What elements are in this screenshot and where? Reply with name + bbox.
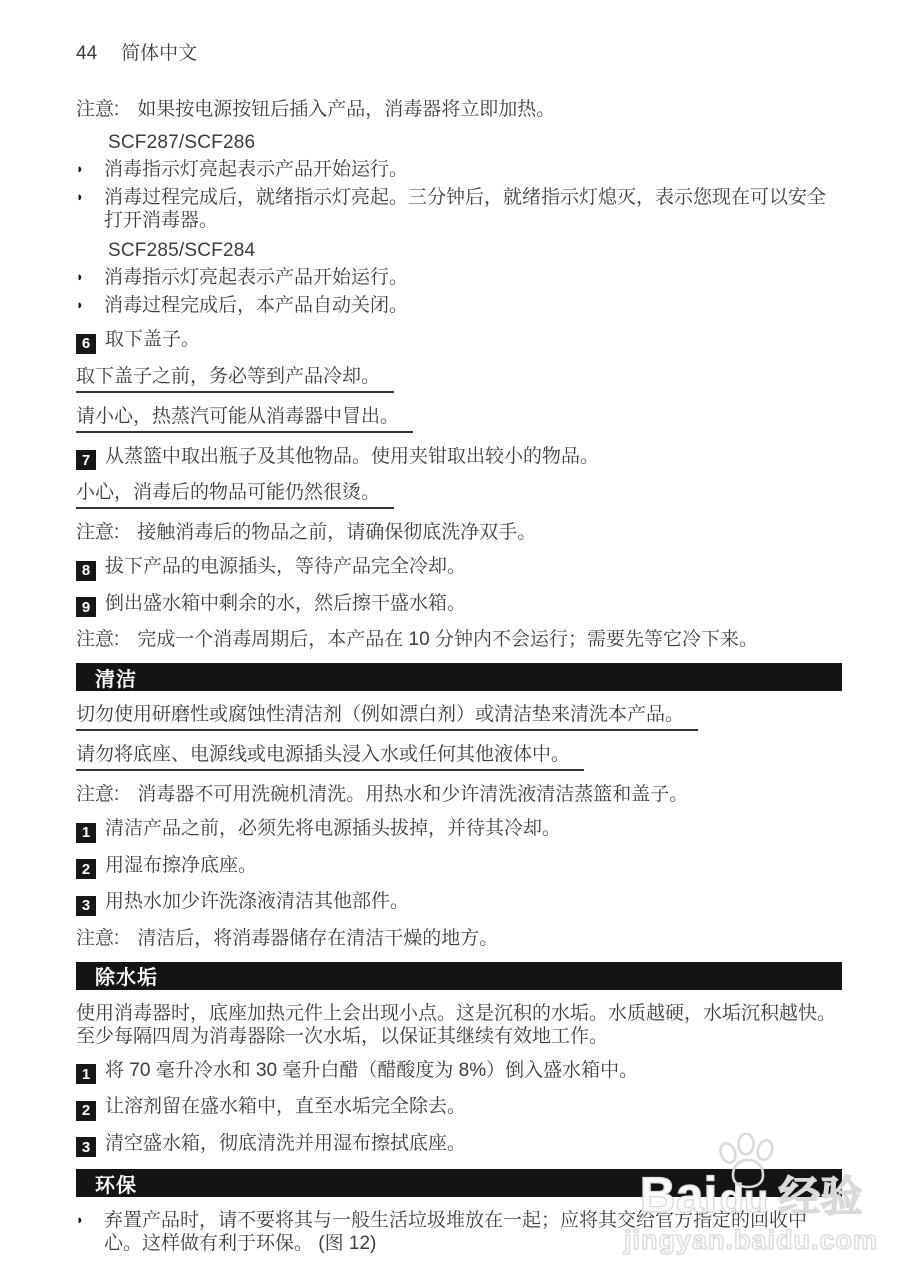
note: 注意:完成一个消毒周期后，本产品在 10 分钟内不会运行；需要先等它冷下来。 xyxy=(76,628,842,651)
list-item: ◗ 消毒指示灯亮起表示产品开始运行。 xyxy=(76,158,842,181)
language-label: 简体中文 xyxy=(121,43,197,64)
step: 1将 70 毫升冷水和 30 毫升白醋（醋酸度为 8%）倒入盛水箱中。 xyxy=(76,1059,842,1085)
step: 9倒出盛水箱中剩余的水，然后擦干盛水箱。 xyxy=(76,592,842,618)
warning: 请勿将底座、电源线或电源插头浸入水或任何其他液体中。 xyxy=(76,743,842,771)
note-text: 清洁后，将消毒器储存在清洁干燥的地方。 xyxy=(137,928,498,949)
warning-text: 切勿使用研磨性或腐蚀性清洁剂（例如漂白剂）或清洁垫来清洗本产品。 xyxy=(76,703,698,731)
step-text: 从蒸篮中取出瓶子及其他物品。使用夹钳取出较小的物品。 xyxy=(105,446,599,467)
bullet-text: 消毒指示灯亮起表示产品开始运行。 xyxy=(104,158,842,181)
bullet-icon: ◗ xyxy=(76,1209,104,1255)
step: 2让溶剂留在盛水箱中，直至水垢完全除去。 xyxy=(76,1095,842,1121)
warning: 切勿使用研磨性或腐蚀性清洁剂（例如漂白剂）或清洁垫来清洗本产品。 xyxy=(76,703,842,731)
note-label: 注意: xyxy=(76,522,119,543)
model-header: SCF287/SCF286 xyxy=(76,131,842,154)
warning: 请小心，热蒸汽可能从消毒器中冒出。 xyxy=(76,405,842,433)
bullet-text: 消毒过程完成后，本产品自动关闭。 xyxy=(104,294,842,317)
step-text: 让溶剂留在盛水箱中，直至水垢完全除去。 xyxy=(105,1096,466,1117)
bullet-text: 消毒指示灯亮起表示产品开始运行。 xyxy=(104,266,842,289)
paragraph: 使用消毒器时，底座加热元件上会出现小点。这是沉积的水垢。水质越硬，水垢沉积越快。… xyxy=(76,1002,842,1048)
warning-text: 请小心，热蒸汽可能从消毒器中冒出。 xyxy=(76,405,413,433)
note-text: 完成一个消毒周期后，本产品在 10 分钟内不会运行；需要先等它冷下来。 xyxy=(137,629,758,650)
list-item: ◗ 消毒过程完成后，就绪指示灯亮起。三分钟后，就绪指示灯熄灭，表示您现在可以安全… xyxy=(76,186,842,232)
note: 注意:清洁后，将消毒器储存在清洁干燥的地方。 xyxy=(76,927,842,950)
section-title: 环保 xyxy=(95,1169,137,1198)
step-text: 取下盖子。 xyxy=(105,329,200,350)
warning-text: 小心，消毒后的物品可能仍然很烫。 xyxy=(76,481,394,509)
bullet-icon: ◗ xyxy=(76,158,104,181)
note-label: 注意: xyxy=(76,928,119,949)
section-header-descaling: 除水垢 xyxy=(76,962,842,990)
watermark-brand-bai: Bai xyxy=(640,1172,718,1220)
warning-text: 取下盖子之前，务必等到产品冷却。 xyxy=(76,365,394,393)
list-item: ◗ 消毒过程完成后，本产品自动关闭。 xyxy=(76,294,842,317)
step: 3用热水加少许洗涤液清洁其他部件。 xyxy=(76,890,842,916)
watermark-brand-cn: 经验 xyxy=(778,1175,862,1219)
note: 注意:接触消毒后的物品之前，请确保彻底洗净双手。 xyxy=(76,521,842,544)
bullet-icon: ◗ xyxy=(76,186,104,232)
step-number-badge: 2 xyxy=(76,1101,96,1121)
section-title: 除水垢 xyxy=(95,961,158,990)
page-header: 44简体中文 xyxy=(76,42,842,66)
step-number-badge: 2 xyxy=(76,859,96,879)
section-header-cleaning: 清洁 xyxy=(76,663,842,691)
bullet-icon: ◗ xyxy=(76,294,104,317)
step: 7从蒸篮中取出瓶子及其他物品。使用夹钳取出较小的物品。 xyxy=(76,445,842,471)
step: 2用湿布擦净底座。 xyxy=(76,854,842,880)
step-number-badge: 1 xyxy=(76,823,96,843)
baidu-jingyan-watermark: Bai du 经验 jingyan.baidu.com xyxy=(606,1141,896,1256)
step-number-badge: 3 xyxy=(76,1137,96,1157)
step-number-badge: 1 xyxy=(76,1064,96,1084)
warning: 取下盖子之前，务必等到产品冷却。 xyxy=(76,365,842,393)
step-number-badge: 9 xyxy=(76,597,96,617)
step-number-badge: 8 xyxy=(76,561,96,581)
step-text: 用湿布擦净底座。 xyxy=(105,855,257,876)
step: 8拔下产品的电源插头，等待产品完全冷却。 xyxy=(76,555,842,581)
step-text: 用热水加少许洗涤液清洁其他部件。 xyxy=(105,891,409,912)
list-item: ◗ 消毒指示灯亮起表示产品开始运行。 xyxy=(76,266,842,289)
model-header: SCF285/SCF284 xyxy=(76,239,842,262)
step-number-badge: 7 xyxy=(76,450,96,470)
bullet-text: 消毒过程完成后，就绪指示灯亮起。三分钟后，就绪指示灯熄灭，表示您现在可以安全打开… xyxy=(104,186,842,232)
step-text: 拔下产品的电源插头，等待产品完全冷却。 xyxy=(105,556,466,577)
watermark-url: jingyan.baidu.com xyxy=(606,1225,896,1256)
note-text: 如果按电源按钮后插入产品，消毒器将立即加热。 xyxy=(137,99,555,120)
step: 6取下盖子。 xyxy=(76,328,842,354)
warning: 小心，消毒后的物品可能仍然很烫。 xyxy=(76,481,842,509)
step-text: 清洁产品之前，必须先将电源插头拔掉，并待其冷却。 xyxy=(105,818,561,839)
warning-text: 请勿将底座、电源线或电源插头浸入水或任何其他液体中。 xyxy=(76,743,584,771)
bullet-icon: ◗ xyxy=(76,266,104,289)
note-text: 消毒器不可用洗碗机清洗。用热水和少许清洗液清洁蒸篮和盖子。 xyxy=(137,784,688,805)
note-label: 注意: xyxy=(76,629,119,650)
note: 注意:消毒器不可用洗碗机清洗。用热水和少许清洗液清洁蒸篮和盖子。 xyxy=(76,783,842,806)
note-label: 注意: xyxy=(76,784,119,805)
step-text: 将 70 毫升冷水和 30 毫升白醋（醋酸度为 8%）倒入盛水箱中。 xyxy=(105,1060,638,1081)
step-number-badge: 3 xyxy=(76,896,96,916)
page-number: 44 xyxy=(76,43,97,64)
watermark-brand: Bai du 经验 xyxy=(606,1141,896,1219)
step-text: 清空盛水箱，彻底清洗并用湿布擦拭底座。 xyxy=(105,1133,466,1154)
note-label: 注意: xyxy=(76,99,119,120)
baidu-paw-icon xyxy=(713,1133,783,1189)
section-title: 清洁 xyxy=(95,663,137,692)
step-number-badge: 6 xyxy=(76,334,96,354)
step: 1清洁产品之前，必须先将电源插头拔掉，并待其冷却。 xyxy=(76,817,842,843)
page-content: 44简体中文 注意:如果按电源按钮后插入产品，消毒器将立即加热。 SCF287/… xyxy=(76,42,842,1260)
step-text: 倒出盛水箱中剩余的水，然后擦干盛水箱。 xyxy=(105,593,466,614)
note: 注意:如果按电源按钮后插入产品，消毒器将立即加热。 xyxy=(76,98,842,121)
note-text: 接触消毒后的物品之前，请确保彻底洗净双手。 xyxy=(137,522,536,543)
